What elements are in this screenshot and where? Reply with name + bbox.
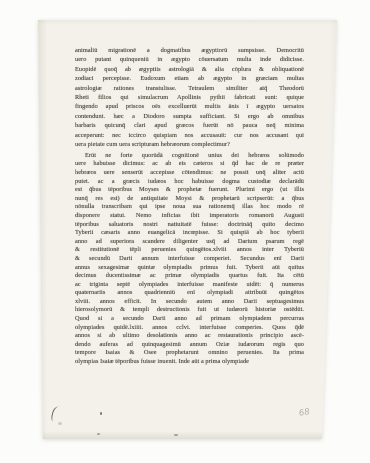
photo-backdrop: animaliū migrationē a dogmatibus ægyptio… bbox=[0, 0, 370, 463]
text-line: Euopidē quoq̄ ab ægyptiis astrologiā & a… bbox=[75, 65, 304, 74]
text-line: barbaris quicunq̄ clari apud græcos fuer… bbox=[75, 121, 304, 130]
text-line: nōnulla transcribam qui ipse noua sua ra… bbox=[75, 203, 304, 212]
text-line: animaliū migrationē a dogmatibus ægyptio… bbox=[75, 46, 304, 55]
text-line: Rheti filios qui simulacrum Apollinis py… bbox=[75, 93, 304, 102]
paper-speck bbox=[100, 412, 102, 415]
text-line: Tyberii cæsaris anno euangelicā incœpiss… bbox=[75, 229, 304, 238]
text-line: hierosolymorū & templi destructionis fui… bbox=[75, 306, 304, 315]
paragraph-1: animaliū migrationē a dogmatibus ægyptio… bbox=[75, 46, 304, 149]
text-line: fingendo apud priscos oēs excelluerūt mu… bbox=[75, 102, 304, 111]
text-line: & restitutionē tēpli peruenies quingētos… bbox=[75, 246, 304, 255]
text-line: astrologiæ rationes transtulisse. Tetrau… bbox=[75, 84, 304, 93]
paper-sheet: animaliū migrationē a dogmatibus ægyptio… bbox=[38, 20, 337, 439]
text-line: annos si ab ultimo desolationis anno ac … bbox=[75, 332, 304, 341]
paper-speck bbox=[97, 433, 100, 435]
text-line: est q̄bus tēporibus Moyses & prophetæ fu… bbox=[75, 186, 304, 195]
text-line: hebræos uere senserūt accepisse cōtendim… bbox=[75, 169, 304, 178]
pencil-page-number: 68 bbox=[298, 407, 310, 419]
text-line: Erūt ne forte quorūdā cognitionē unius d… bbox=[75, 152, 304, 161]
text-line: quaternariis annos quadrienniū enī olymp… bbox=[75, 289, 304, 298]
paragraph-2: Erūt ne forte quorūdā cognitionē unius d… bbox=[75, 152, 304, 367]
text-line: contendunt. hæc a Diodoro sumpta suffici… bbox=[75, 112, 304, 121]
text-line: disponere statui. Nemo inficias ibit imp… bbox=[75, 212, 304, 221]
text-line: tēporibus saluatoris nostri natiuitatē f… bbox=[75, 221, 304, 230]
text-line: uera pietate cum uera scripturam hebræor… bbox=[75, 140, 304, 149]
text-line: decimus ducentissimæ ac primæ olympiadis… bbox=[75, 272, 304, 281]
text-line: olympias Isaiæ tēporibus fuisse inuenit.… bbox=[75, 358, 304, 367]
ink-smudge bbox=[50, 405, 62, 423]
paper-stain bbox=[58, 422, 62, 425]
text-line: uere habuisse dicimus: ac ab eis cæteros… bbox=[75, 160, 304, 169]
book-page: animaliū migrationē a dogmatibus ægyptio… bbox=[38, 20, 337, 439]
text-line: xlviii. annos efficit. In secundo autem … bbox=[75, 298, 304, 307]
text-line: olympiades quidē.lxiiii. annos cclvi. in… bbox=[75, 324, 304, 333]
text-line: ac triginta septē olympiades interfuisse… bbox=[75, 281, 304, 290]
text-line: tempore Isaias & Osee prophetarunt omnin… bbox=[75, 349, 304, 358]
text-line: nunq̄ res est) de antiquitate Moysi & pr… bbox=[75, 195, 304, 204]
text-line: zodiaci percepisse. Eudoxum etiam ab ægy… bbox=[75, 74, 304, 83]
text-line: dendo auferas ad quinquagesimū annum Ozi… bbox=[75, 341, 304, 350]
text-line: uero putant quinqueniū in ægypto cōuersa… bbox=[75, 55, 304, 64]
text-block: animaliū migrationē a dogmatibus ægyptio… bbox=[75, 46, 304, 367]
text-line: Quod si a secundo Darii anno ad primam o… bbox=[75, 315, 304, 324]
text-line: annus sexagesimæ quintæ olympiadis primu… bbox=[75, 264, 304, 273]
text-line: & secundū Darii annum interfuisse comper… bbox=[75, 255, 304, 264]
text-line: anno ad superiora scandere diligenter us… bbox=[75, 238, 304, 247]
paper-speck bbox=[174, 434, 178, 436]
text-line: acceperunt: nec iccirco quispiam nos acc… bbox=[75, 131, 304, 140]
text-line: putet. ac a græcis iudæos hoc habuisse d… bbox=[75, 178, 304, 187]
